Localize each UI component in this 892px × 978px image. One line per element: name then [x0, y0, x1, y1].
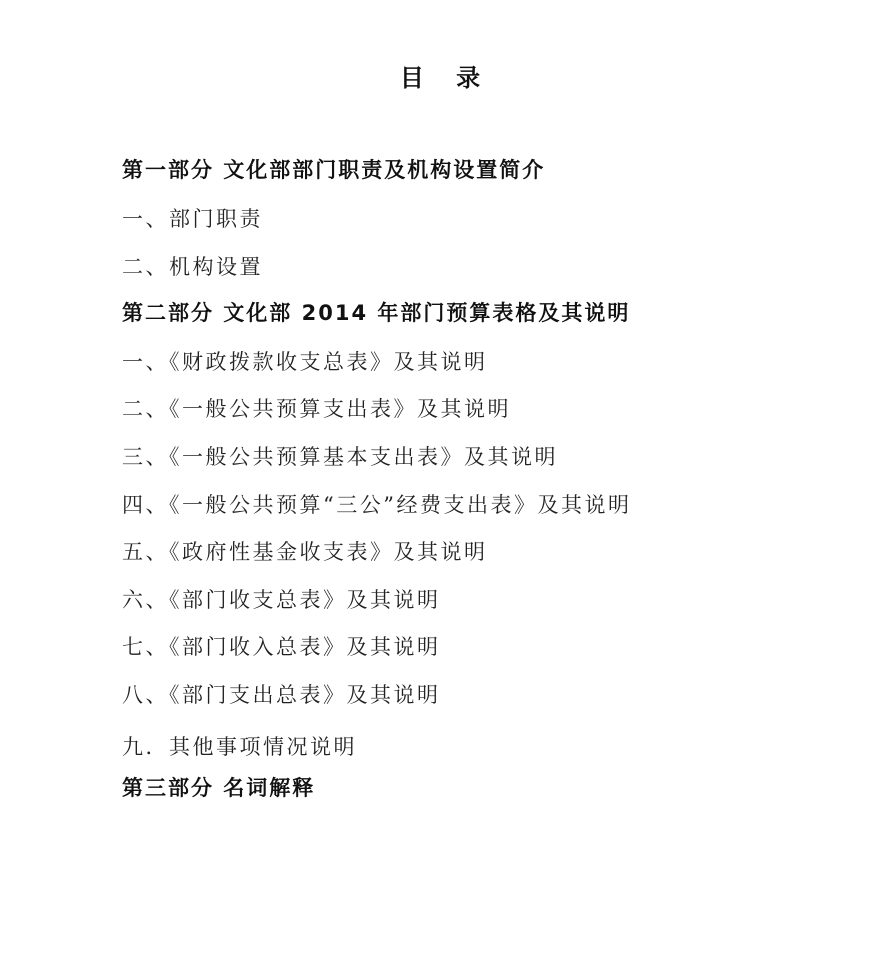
toc-item-2-7[interactable]: 七、《部门收入总表》及其说明: [122, 631, 441, 661]
toc-item-2-9[interactable]: 九．其他事项情况说明: [122, 731, 357, 761]
toc-part-2[interactable]: 第二部分 文化部 2014 年部门预算表格及其说明: [122, 297, 630, 327]
toc-item-2-4[interactable]: 四、《一般公共预算“三公”经费支出表》及其说明: [122, 489, 631, 519]
toc-item-1-1[interactable]: 一、部门职责: [122, 203, 263, 233]
toc-item-2-8[interactable]: 八、《部门支出总表》及其说明: [122, 679, 441, 709]
toc-title: 目 录: [0, 58, 892, 93]
toc-item-1-2[interactable]: 二、机构设置: [122, 251, 263, 281]
toc-item-2-1[interactable]: 一、《财政拨款收支总表》及其说明: [122, 346, 488, 376]
toc-part-1[interactable]: 第一部分 文化部部门职责及机构设置简介: [122, 154, 545, 184]
toc-item-2-6[interactable]: 六、《部门收支总表》及其说明: [122, 584, 441, 614]
toc-item-2-2[interactable]: 二、《一般公共预算支出表》及其说明: [122, 393, 511, 423]
toc-item-2-5[interactable]: 五、《政府性基金收支表》及其说明: [122, 536, 488, 566]
toc-item-2-3[interactable]: 三、《一般公共预算基本支出表》及其说明: [122, 441, 558, 471]
toc-part-3[interactable]: 第三部分 名词解释: [122, 772, 315, 802]
